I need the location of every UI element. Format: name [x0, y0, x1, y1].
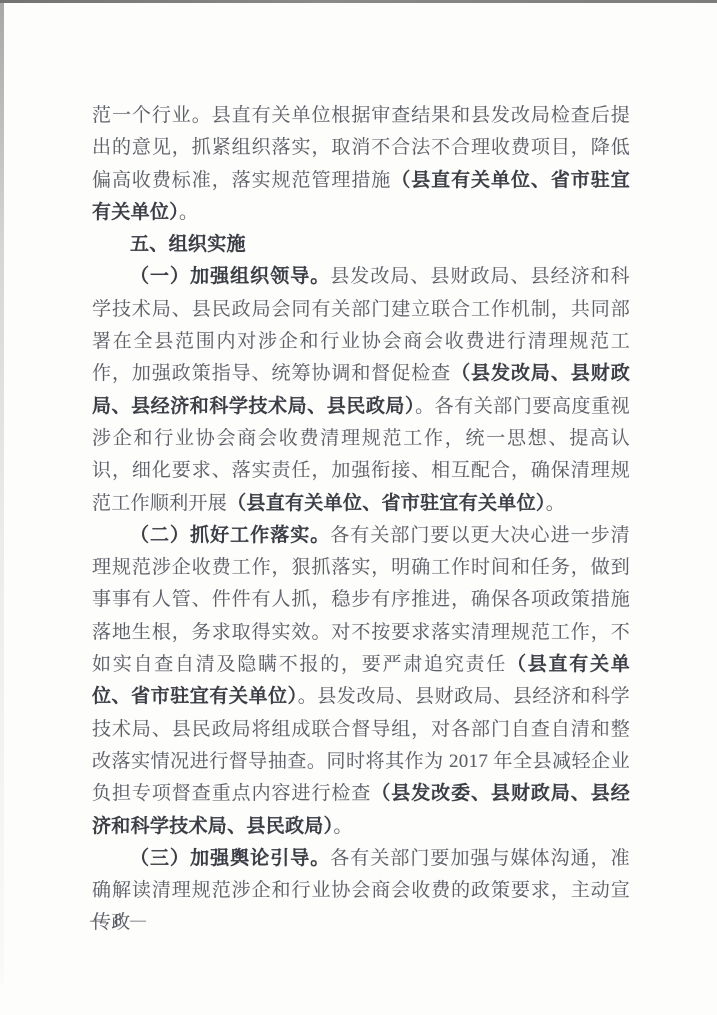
- para-continuation: 范一个行业。县直有关单位根据审查结果和县发改局检查后提出的意见，抓紧组织落实，取…: [92, 100, 630, 229]
- document-body: 范一个行业。县直有关单位根据审查结果和县发改局检查后提出的意见，抓紧组织落实，取…: [92, 100, 630, 940]
- page-footer: — 8 —: [90, 912, 148, 930]
- emphasis-run: （三）加强舆论引导。: [130, 848, 330, 869]
- emphasis-run: （一）加强组织领导。: [130, 266, 330, 287]
- text-run: 。: [333, 816, 352, 837]
- emphasis-run: （二）抓好工作落实。: [130, 525, 330, 546]
- scan-top-edge: [0, 0, 717, 3]
- scan-left-edge: [0, 3, 4, 985]
- text-run: 各有关部门要以更大决心进一步清理规范涉企收费工作，狠抓落实，明确工作时间和任务，…: [92, 525, 630, 675]
- para-item-2: （二）抓好工作落实。各有关部门要以更大决心进一步清理规范涉企收费工作，狠抓落实，…: [92, 520, 630, 843]
- text-run: 。: [546, 493, 565, 514]
- para-item-1: （一）加强组织领导。县发改局、县财政局、县经济和科学技术局、县民政局会同有关部门…: [92, 261, 630, 519]
- section-heading: 五、组织实施: [92, 229, 630, 261]
- document-page: 范一个行业。县直有关单位根据审查结果和县发改局检查后提出的意见，抓紧组织落实，取…: [0, 0, 717, 1015]
- emphasis-run: 五、组织实施: [130, 234, 246, 255]
- text-run: 。: [179, 202, 198, 223]
- para-item-3: （三）加强舆论引导。各有关部门要加强与媒体沟通，准确解读清理规范涉企和行业协会商…: [92, 843, 630, 940]
- emphasis-run: （县直有关单位、省市驻宜有关单位）: [227, 493, 546, 514]
- page-number: — 8 —: [90, 912, 148, 929]
